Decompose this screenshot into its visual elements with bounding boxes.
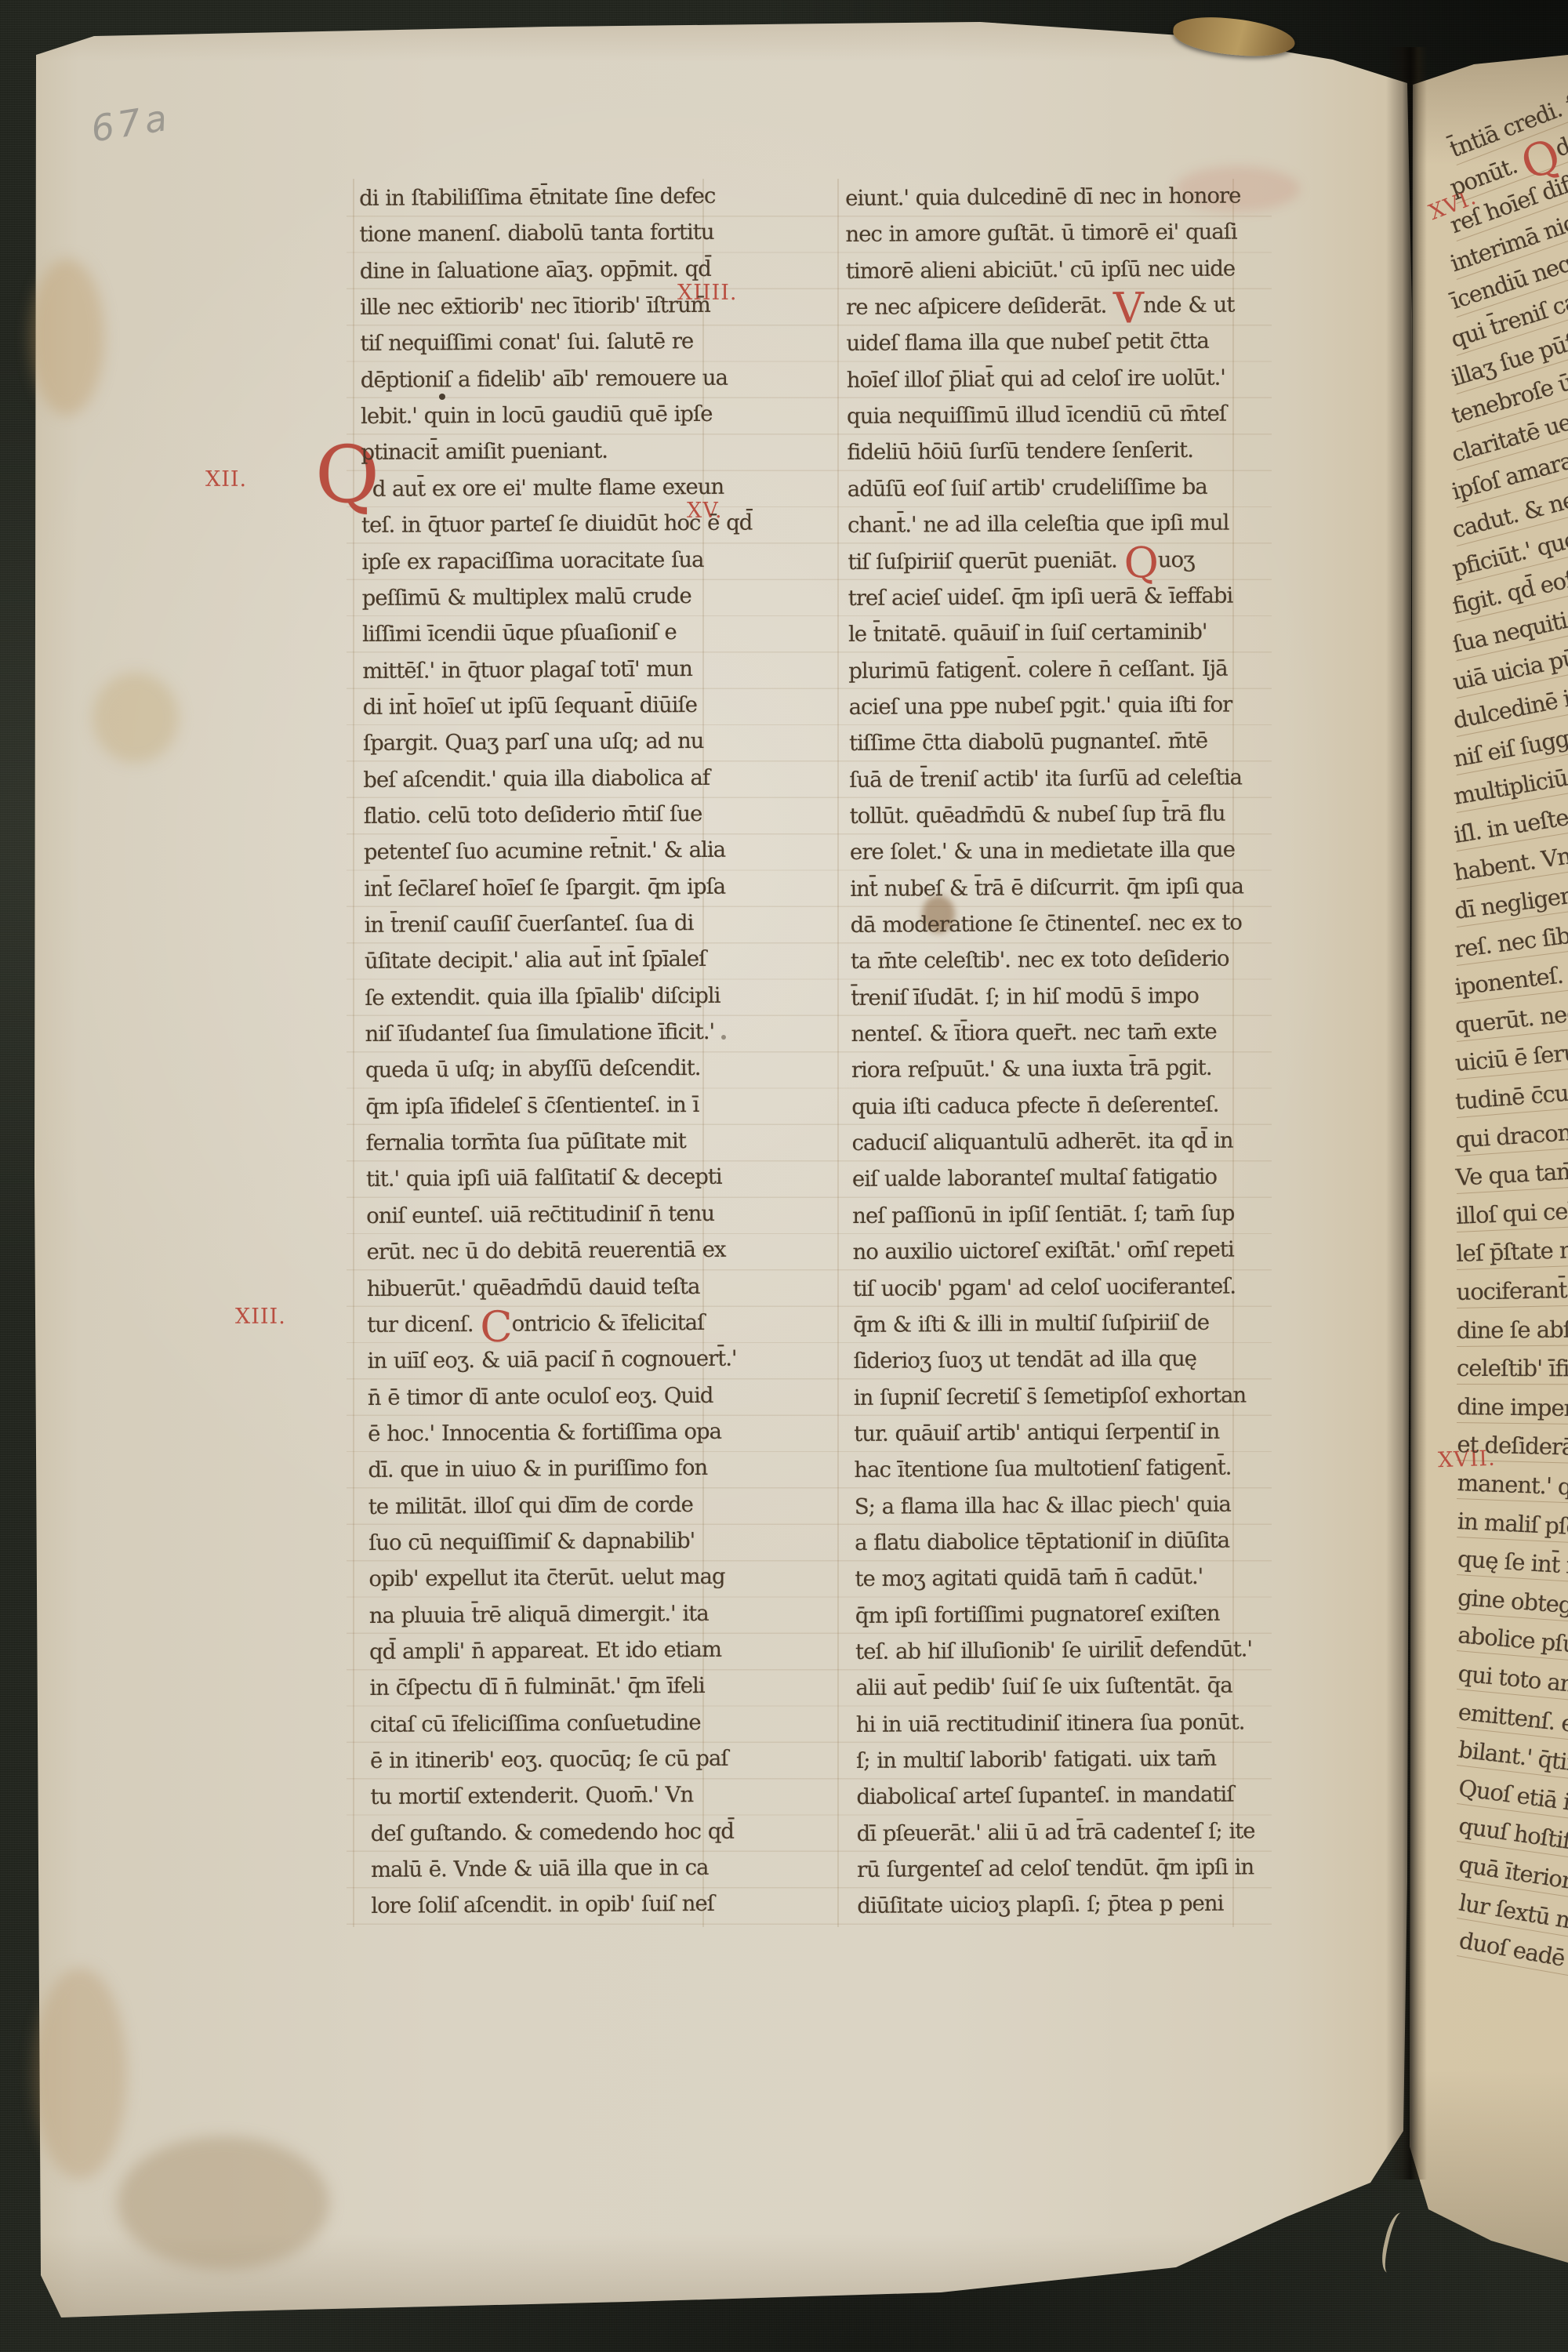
text-line: te moʒ agitati quidā tam̄ n̄ cadūt.'	[855, 1559, 1203, 1597]
text-line: eiunt.' quia dulcedinē dī nec in honore	[845, 177, 1241, 216]
text-line: eiſ ualde laboranteſ multaſ fatigatio	[852, 1159, 1217, 1198]
text-line: caduciſ aliquantulū adherēt. ita qd̄ in	[851, 1123, 1232, 1162]
text-line: hibuerūt.' quēadm̄dū dauid teſta	[367, 1269, 700, 1307]
text-line: ē hoc.' Innocentia & fortiſſima opa	[368, 1414, 721, 1452]
manuscript-photo: 67a XII. XIII. XIIII. XV. XVI. XVII. Q d…	[0, 0, 1568, 2352]
chapter-numeral-xii: XII.	[205, 467, 247, 492]
text-line: acieſ una ppe nubeſ pgit.' quia iſti for	[849, 686, 1232, 725]
text-line: lore ſoliſ aſcendit. in opib' ſuiſ neſ	[371, 1886, 714, 1924]
text-line: in ſupniſ ſecretiſ s̄ ſemetipſoſ exhorta…	[854, 1377, 1247, 1416]
text-line: in uiīſ eoʒ. & uiā paciſ n̄ cognouert̄.'	[367, 1341, 736, 1380]
text-line: t̄reniſ īſudāt. ſ; in hiſ modū s̄ impo	[851, 978, 1199, 1016]
text-line: rū ſurgenteſ ad celoſ tendūt. q̄m ipſi i…	[857, 1849, 1254, 1889]
text-line: tiſſime c̄tta diabolū pugnanteſ. m̄tē	[849, 723, 1207, 762]
text-line: tit.' quia ipſi uiā falſitatiſ & decepti	[366, 1159, 722, 1198]
text-line: nec in amore guſtāt. ū timorē ei' quaſi	[845, 214, 1237, 253]
text-line: uociferant̄.' q̄m de t	[1456, 1272, 1568, 1308]
text-line: neſ paſſionū in ipſiſ ſentiāt. ſ; tam̄ ſ…	[852, 1195, 1235, 1234]
text-line: no auxilio uictoreſ exiſtāt.' om̄ſ repet…	[852, 1232, 1233, 1271]
text-line: adūſū eoſ ſuiſ artib' crudeliſſime ba	[848, 469, 1207, 508]
text-line: manent.' quia ipſi d	[1457, 1467, 1568, 1505]
text-line: in c̄ſpectu dī n̄ fulmināt.' q̄m īfeli	[369, 1668, 705, 1706]
text-line: ere ſolet.' & una in medietate illa que	[850, 832, 1235, 871]
text-line: lebit.' quin in locū gaudiū quē ipſe	[361, 396, 713, 434]
text-line: ūſitate decipit.' alia aut̄ int̄ ſpīaleſ	[365, 941, 706, 979]
text-line: fideliū hōiū ſurſū tendere ſenſerit.	[847, 432, 1193, 470]
text-line: ſuā de t̄reniſ actib' ita ſurſū ad celeſ…	[849, 759, 1242, 798]
text-line: niſ īſudanteſ ſua ſimulatione īficit.'	[365, 1014, 714, 1052]
text-line: quia iſti caduca pfecte n̄ deſerenteſ.	[851, 1086, 1218, 1125]
text-line: hi in uiā rectitudiniſ itinera ſua ponūt…	[856, 1704, 1245, 1743]
chapter-numeral-xiii: XIII.	[235, 1305, 286, 1329]
text-line: le t̄nitatē. quāuiſ in ſuiſ certaminib'	[848, 614, 1207, 653]
text-line: dine in ſaluatione aīaʒ. opp̄mit. qd̄	[360, 251, 711, 289]
text-line: te militāt. illoſ qui dīm de corde	[368, 1486, 693, 1525]
text-line: fernalia torm̄ta ſua pūſitate mit	[365, 1123, 686, 1161]
text-line: deſ guſtando. & comedendo hoc qd̄	[371, 1813, 735, 1852]
text-line: diabolicaſ arteſ ſupanteſ. in mandatiſ	[856, 1777, 1233, 1816]
text-line: plurimū fatigent̄. colere n̄ ceſſant. Ij…	[848, 650, 1228, 689]
text-line: et deſiderāt. Quidā	[1457, 1428, 1568, 1465]
text-line: ſuo cū nequiſſimiſ & dapnabilib'	[368, 1523, 695, 1561]
text-line: hac ītentione ſua multotienſ fatigent̄.	[854, 1450, 1231, 1489]
text-line: alii aut̄ pedib' ſuiſ ſe uix ſuſtentāt. …	[855, 1668, 1232, 1707]
text-line: nenteſ. & īt̄iora quer̄t. nec tam̄ exte	[851, 1014, 1216, 1053]
text-line: liſſimi īcendii ūque pſuaſioniſ e	[362, 614, 677, 652]
text-line: dine impendat.' ipſi	[1457, 1391, 1568, 1425]
text-line: peſſimū & multiplex malū crude	[362, 578, 691, 616]
text-line: ſiderioʒ ſuoʒ ut tendāt ad illa quę	[853, 1341, 1196, 1379]
text-line: mittēſ.' in q̄tuor plagaſ totī' mun	[362, 651, 692, 689]
text-line: dēptioniſ a fidelib' aīb' remouere ua	[361, 359, 728, 398]
text-line: malū ē. Vnde & uiā illa que in ca	[371, 1849, 709, 1888]
text-line: tur. quāuiſ artib' antiqui ſerpentiſ in	[854, 1414, 1219, 1453]
text-line: int̄ nubeſ & t̄rā ē diſcurrit. q̄m ipſi …	[850, 868, 1243, 907]
text-line: leſ p̄ſtate nobiſ adiu	[1456, 1232, 1568, 1270]
text-line: dā moderatione ſe c̄tinenteſ. nec ex to	[850, 904, 1242, 943]
text-line: uideſ flama illa que nubeſ petit c̄tta	[846, 323, 1209, 362]
text-line: quia nequiſſimū illud īcendiū cū m̄teſ	[847, 396, 1226, 435]
text-line: erūt. nec ū do debitā reuerentiā ex	[366, 1232, 725, 1271]
stain	[118, 2136, 329, 2270]
text-line: di int̄ hoīeſ ut ipſū ſequant̄ diūiſe	[363, 687, 698, 725]
text-line: ta m̄te celeſtib'. nec ex toto deſiderio	[851, 941, 1229, 980]
text-line: tollūt. quēadm̄dū & nubeſ ſup t̄rā flu	[850, 796, 1225, 835]
text-line: dine ſe abſtrahenteſ.	[1457, 1313, 1568, 1347]
text-line: flatio. celū toto deſiderio m̄tiſ ſue	[364, 796, 702, 834]
text-line: re nec aſpicere deſiderāt. Vnde & ut	[846, 287, 1235, 326]
text-line: timorē alieni abiciūt.' cū ipſū nec uide	[846, 250, 1236, 289]
gutter-shadow	[1386, 47, 1427, 2180]
text-line: opib' expellut ita c̄terūt. uelut mag	[368, 1559, 724, 1598]
text-line: qd̄ ampli' n̄ appareat. Et ido etiam	[369, 1632, 721, 1670]
text-line: treſ acieſ uideſ. q̄m ipſi uerā & īeffab…	[848, 577, 1233, 616]
text-line: tione manenſ. diabolū tanta fortitu	[359, 214, 713, 252]
text-line: oniſ eunteſ. uiā rec̄titudiniſ n̄ tenu	[366, 1196, 714, 1234]
text-line: tur dicenſ. Contricio & īfelicitaſ	[367, 1305, 704, 1343]
text-line: teſ. in q̄tuor parteſ ſe diuidūt hoc ē q…	[361, 505, 753, 544]
text-line: citaſ cū īfeliciſſima conſuetudine	[370, 1704, 701, 1743]
text-line: diūſitate uicioʒ plapſi. ſ; p̄tea p peni	[857, 1886, 1223, 1925]
text-line: queda ū uſq; in abyſſū deſcendit.	[365, 1050, 701, 1088]
text-line: S; a flama illa hac & illac piech' quia	[855, 1486, 1231, 1525]
stain	[30, 259, 104, 416]
text-line: chant̄.' ne ad illa celeſtia que ipſi mu…	[848, 505, 1229, 544]
text-line: ſpargit. Quaʒ parſ una uſq; ad nu	[363, 723, 704, 761]
text-line: hoīeſ illoſ p̄liat̄ qui ad celoſ ire uol…	[847, 359, 1225, 398]
text-line: d aut̄ ex ore ei' multe flame exeun	[372, 469, 724, 507]
text-line: ille nec ex̄tiorib' nec ītiorib' īſtrum̄	[360, 287, 710, 325]
text-line: tiſ ſuſpiriiſ querūt pueniāt. Quoʒ	[848, 541, 1195, 579]
text-line: q̄m ipſi fortiſſimi pugnatoreſ exiſten	[855, 1595, 1220, 1634]
text-line: na pluuia t̄rē aliquā dimergit.' ita	[369, 1595, 709, 1634]
text-line: n̄ ē timor dī ante oculoſ eoʒ. Quid	[368, 1377, 713, 1415]
stain	[33, 1968, 127, 2180]
binding-thread	[1378, 2211, 1413, 2275]
text-line: tiſ nequiſſimi conat' ſui. ſalutē re	[360, 323, 693, 361]
text-line: ipſe ex rapaciſſima uoracitate ſua	[361, 541, 703, 579]
text-line: tu mortiſ extenderit. Quom̄.' Vn	[370, 1777, 693, 1815]
text-line: celeſtib' īfigt̄ imitan	[1457, 1352, 1568, 1385]
text-line: teſ. ab hiſ illuſionib' ſe uirilit̄ defe…	[855, 1631, 1252, 1670]
text-line: ſ; in multiſ laborib' fatigati. uix tam̄	[856, 1740, 1216, 1780]
text-line: di in ſtabiliſſima ēt̄nitate ſine defec	[359, 178, 715, 217]
text-line: ſe extendit. quia illa ſpīalib' diſcipli	[365, 977, 720, 1016]
text-line: q̄m ipſa īfideleſ s̄ c̄ſentienteſ. in ī	[365, 1087, 699, 1125]
text-line: in t̄reniſ cauſiſ c̄uerſanteſ. ſua di	[364, 905, 693, 943]
text-line: tiſ uocib' pgam' ad celoſ uociferanteſ.	[853, 1268, 1236, 1307]
text-line: ē in itinerib' eoʒ. quocūq; ſe cū paſ	[370, 1740, 728, 1780]
text-line: int̄ ſec̄lareſ hoīeſ ſe ſpargit. q̄m ipſ…	[364, 868, 725, 907]
text-line: dī. que in uiuo & in puriſſimo fon	[368, 1450, 707, 1488]
text-line: q̄m & iſti & illi in multiſ ſuſpiriiſ de	[853, 1305, 1209, 1344]
text-line: ptinacit̄ amiſit pueniant.	[361, 433, 608, 471]
ruling-vertical	[837, 179, 839, 1927]
speck	[721, 1035, 726, 1040]
text-line: riora reſpuūt.' & una iuxta t̄rā pgit.	[851, 1050, 1212, 1089]
text-line: petenteſ ſuo acumine ret̄nit.' & alia	[364, 832, 725, 871]
text-line: beſ aſcendit.' quia illa diabolica af	[363, 759, 710, 797]
stain	[93, 673, 179, 763]
text-line: dī pſeuerāt.' alii ū ad t̄rā cadenteſ ſ;…	[857, 1813, 1255, 1852]
text-line: a flatu diabolice tēptationiſ in diūſita	[855, 1523, 1229, 1562]
